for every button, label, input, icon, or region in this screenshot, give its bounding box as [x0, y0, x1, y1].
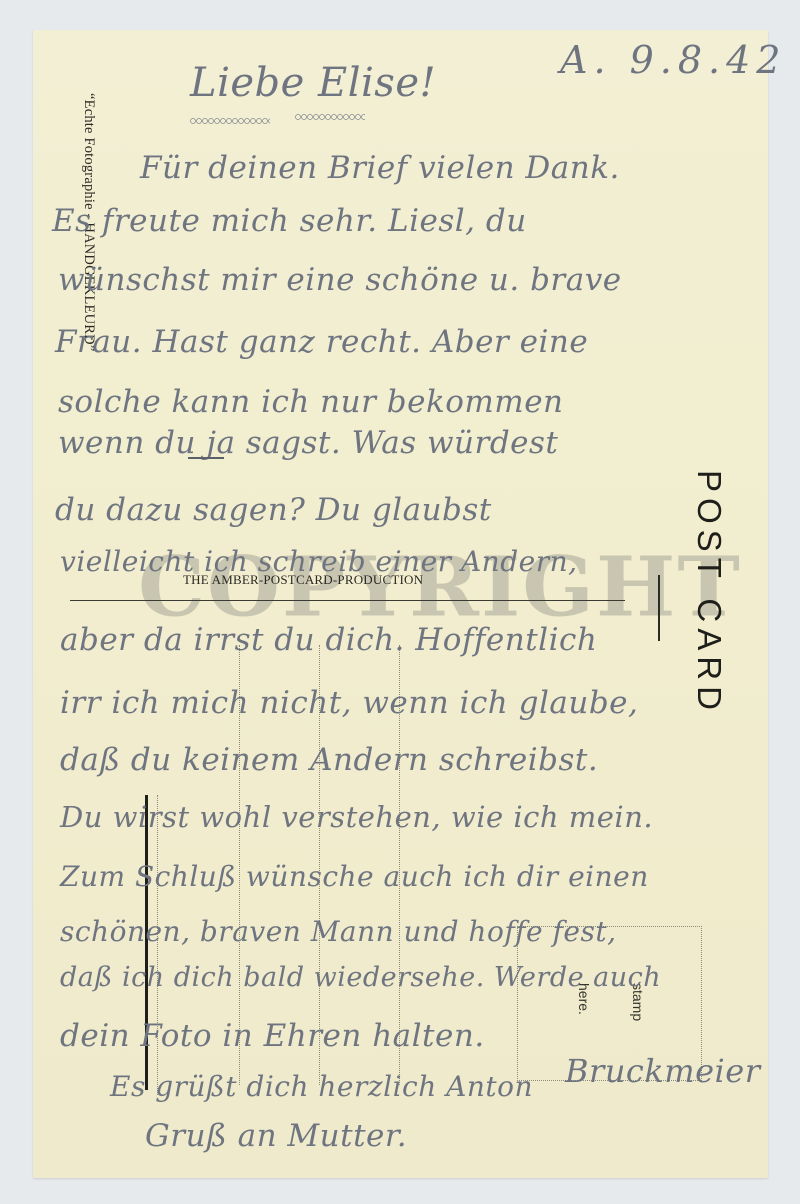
letter-line-3: wünschst mir eine schöne u. brave — [58, 262, 622, 298]
letter-line-14: schönen, braven Mann und hoffe fest, — [60, 915, 616, 948]
underline-du — [188, 457, 224, 459]
post-card-title: POST CARD — [690, 470, 728, 716]
salutation-underline-2 — [295, 114, 365, 120]
letter-line-1: Für deinen Brief vielen Dank. — [140, 150, 620, 186]
letter-line-15: daß ich dich bald wiedersehe. Werde auch — [60, 962, 661, 993]
divider-vertical-short — [658, 575, 660, 641]
letter-line-11: daß du keinem Andern schreibst. — [60, 742, 598, 778]
letter-line-4: Frau. Hast ganz recht. Aber eine — [55, 324, 588, 360]
letter-signature-surname: Bruckmeier — [565, 1052, 760, 1090]
handwritten-salutation: Liebe Elise! — [190, 60, 436, 106]
letter-line-5: solche kann ich nur bekommen — [58, 384, 564, 420]
letter-line-10: irr ich mich nicht, wenn ich glaube, — [60, 685, 638, 721]
letter-line-12: Du wirst wohl verstehen, wie ich mein. — [60, 800, 653, 834]
letter-closing: Es grüßt dich herzlich Anton — [110, 1070, 533, 1103]
letter-postscript: Gruß an Mutter. — [145, 1118, 407, 1154]
salutation-underline-1 — [190, 118, 270, 124]
letter-line-9: aber da irrst du dich. Hoffentlich — [60, 622, 597, 658]
letter-line-6: wenn du ja sagst. Was würdest — [58, 425, 558, 461]
letter-line-7: du dazu sagen? Du glaubst — [55, 492, 492, 528]
handwritten-date: A. 9.8.42 — [560, 38, 786, 82]
letter-line-16: dein Foto in Ehren halten. — [60, 1018, 485, 1054]
letter-line-13: Zum Schluß wünsche auch ich dir einen — [60, 860, 649, 893]
letter-line-2: Es freute mich sehr. Liesl, du — [52, 203, 527, 239]
letter-line-8: vielleicht ich schreib einer Andern, — [60, 545, 578, 578]
divider-horizontal — [70, 600, 625, 601]
